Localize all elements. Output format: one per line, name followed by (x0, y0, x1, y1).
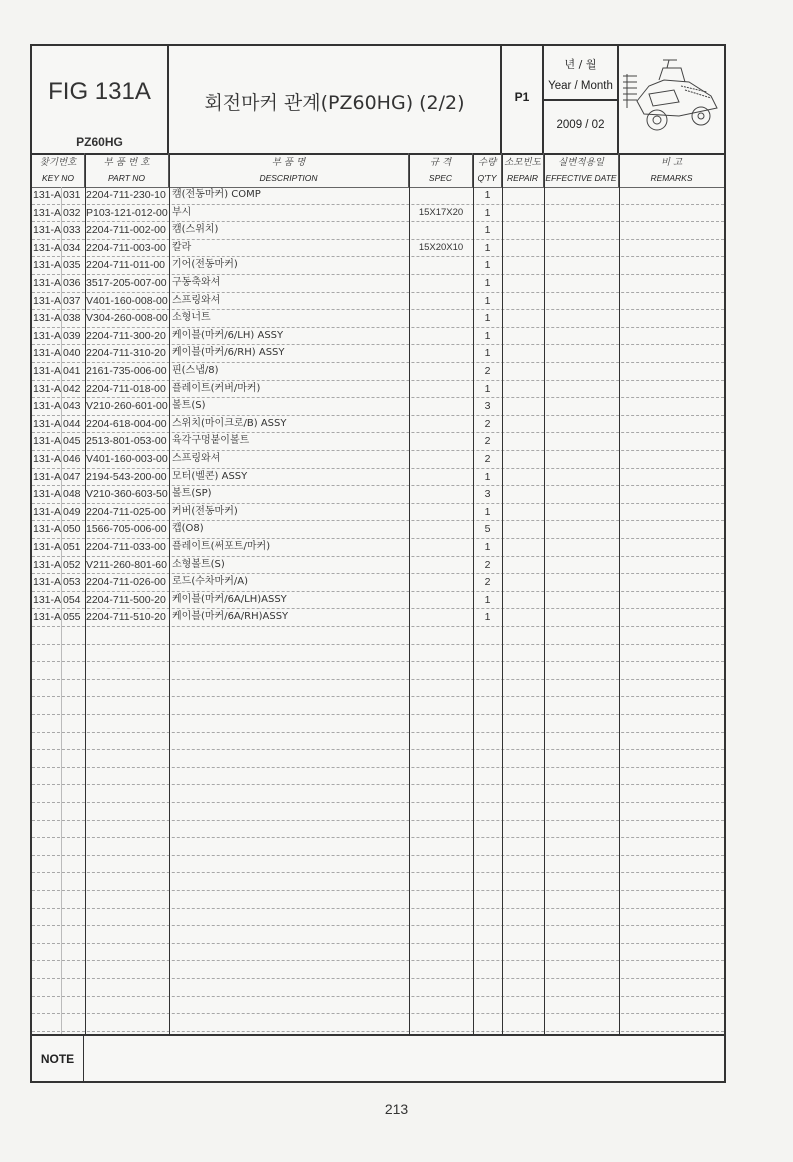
col-header-remarks: 비 고REMARKS (619, 153, 724, 187)
key-no-cell: 053 (63, 574, 85, 591)
spec-cell (409, 222, 473, 239)
part-no-cell: 2204-711-310-20 (86, 345, 168, 362)
quantity-cell: 1 (473, 539, 502, 556)
key-no-prefix-cell: 131-A (33, 539, 61, 556)
spec-cell (409, 398, 473, 415)
description-cell: 스프링와셔 (172, 451, 410, 468)
quantity-cell: 5 (473, 521, 502, 538)
table-row: 131-A048V210-360-603-50볼트(SP)3 (32, 486, 724, 504)
description-cell: 캠(스위치) (172, 222, 410, 239)
description-cell: 볼트(S) (172, 398, 410, 415)
quantity-cell: 1 (473, 328, 502, 345)
key-no-prefix-cell: 131-A (33, 398, 61, 415)
table-row (32, 750, 724, 768)
table-row: 131-A0492204-711-025-00커버(전동마커)1 (32, 504, 724, 522)
description-cell: 육각구멍붙이볼트 (172, 433, 410, 450)
quantity-cell: 2 (473, 451, 502, 468)
key-no-prefix-cell: 131-A (33, 240, 61, 257)
table-row: 131-A046V401-160-003-00스프링와셔2 (32, 451, 724, 469)
table-row (32, 926, 724, 944)
description-cell: 모터(벨콘) ASSY (172, 469, 410, 486)
description-cell: 칼라 (172, 240, 410, 257)
column-divider (502, 153, 503, 1036)
quantity-cell: 1 (473, 257, 502, 274)
table-row: 131-A032P103-121-012-00부시15X17X201 (32, 205, 724, 223)
part-no-cell: 2204-618-004-00 (86, 416, 168, 433)
key-no-prefix-cell: 131-A (33, 257, 61, 274)
key-no-prefix-cell: 131-A (33, 609, 61, 626)
key-no-cell: 050 (63, 521, 85, 538)
table-row: 131-A0422204-711-018-00플레이트(커버/마커)1 (32, 381, 724, 399)
description-cell: 소형볼트(S) (172, 557, 410, 574)
col-header-repair: 소모빈도REPAIR (502, 153, 544, 187)
table-row: 131-A0512204-711-033-00플레이트(써포트/마커)1 (32, 539, 724, 557)
spec-cell (409, 504, 473, 521)
description-cell: 소형너트 (172, 310, 410, 327)
spec-cell (409, 345, 473, 362)
table-row (32, 909, 724, 927)
key-no-prefix-cell: 131-A (33, 293, 61, 310)
spec-cell (409, 416, 473, 433)
table-row: 131-A0412161-735-006-00핀(스냅/8)2 (32, 363, 724, 381)
quantity-cell: 1 (473, 504, 502, 521)
quantity-cell: 2 (473, 416, 502, 433)
table-row (32, 856, 724, 874)
year-month-label-en: Year / Month (544, 80, 617, 92)
key-no-prefix-cell: 131-A (33, 275, 61, 292)
table-row (32, 944, 724, 962)
key-no-prefix-cell: 131-A (33, 433, 61, 450)
table-row: 131-A0532204-711-026-00로드(수차마커/A)2 (32, 574, 724, 592)
part-no-cell: 2204-711-025-00 (86, 504, 168, 521)
quantity-cell: 1 (473, 381, 502, 398)
key-no-prefix-cell: 131-A (33, 574, 61, 591)
quantity-cell: 3 (473, 398, 502, 415)
spec-cell (409, 557, 473, 574)
part-no-cell: 2204-711-002-00 (86, 222, 168, 239)
key-no-cell: 031 (63, 187, 85, 204)
description-cell: 부시 (172, 205, 410, 222)
table-row: 131-A0342204-711-003-00칼라15X20X101 (32, 240, 724, 258)
col-header-description: 부 품 명DESCRIPTION (169, 153, 409, 187)
table-row (32, 1014, 724, 1032)
part-no-cell: 2204-711-003-00 (86, 240, 168, 257)
part-no-cell: 2194-543-200-00 (86, 469, 168, 486)
column-divider (619, 153, 620, 1036)
table-row: 131-A0472194-543-200-00모터(벨콘) ASSY1 (32, 469, 724, 487)
spec-cell (409, 609, 473, 626)
quantity-cell: 1 (473, 275, 502, 292)
spec-cell: 15X17X20 (409, 205, 473, 222)
part-no-cell: 2204-711-026-00 (86, 574, 168, 591)
key-subdivider (61, 187, 62, 1034)
quantity-cell: 1 (473, 310, 502, 327)
spec-cell: 15X20X10 (409, 240, 473, 257)
key-no-cell: 041 (63, 363, 85, 380)
spec-cell (409, 328, 473, 345)
part-no-cell: 1566-705-006-00 (86, 521, 168, 538)
spec-cell (409, 521, 473, 538)
description-cell: 볼트(SP) (172, 486, 410, 503)
part-no-cell: V401-160-003-00 (86, 451, 168, 468)
key-no-cell: 032 (63, 205, 85, 222)
key-no-cell: 034 (63, 240, 85, 257)
key-no-prefix-cell: 131-A (33, 469, 61, 486)
note-label: NOTE (32, 1036, 84, 1083)
table-row (32, 821, 724, 839)
spec-cell (409, 486, 473, 503)
key-no-prefix-cell: 131-A (33, 557, 61, 574)
description-cell: 케이블(마커/6A/LH)ASSY (172, 592, 410, 609)
quantity-cell: 2 (473, 557, 502, 574)
key-no-prefix-cell: 131-A (33, 363, 61, 380)
quantity-cell: 1 (473, 240, 502, 257)
column-divider (85, 153, 86, 1036)
table-row (32, 873, 724, 891)
key-no-cell: 045 (63, 433, 85, 450)
key-no-cell: 037 (63, 293, 85, 310)
table-row: 131-A0552204-711-510-20케이블(마커/6A/RH)ASSY… (32, 609, 724, 627)
description-cell: 스위치(마이크로/B) ASSY (172, 416, 410, 433)
spec-cell (409, 363, 473, 380)
key-no-cell: 055 (63, 609, 85, 626)
quantity-cell: 2 (473, 363, 502, 380)
col-header-spec: 규 격SPEC (409, 153, 473, 187)
spec-cell (409, 539, 473, 556)
key-no-cell: 035 (63, 257, 85, 274)
table-row (32, 733, 724, 751)
key-no-cell: 042 (63, 381, 85, 398)
spec-cell (409, 187, 473, 204)
key-no-prefix-cell: 131-A (33, 504, 61, 521)
quantity-cell: 2 (473, 433, 502, 450)
table-row: 131-A0363517-205-007-00구동축와셔1 (32, 275, 724, 293)
key-no-cell: 038 (63, 310, 85, 327)
col-header-part-no: 부 품 번 호PART NO (85, 153, 169, 187)
description-cell: 케이블(마커/6/RH) ASSY (172, 345, 410, 362)
table-row (32, 785, 724, 803)
quantity-cell: 1 (473, 293, 502, 310)
key-no-prefix-cell: 131-A (33, 328, 61, 345)
year-month-cell: 년 / 월 Year / Month 2009 / 02 (544, 46, 619, 153)
key-no-cell: 036 (63, 275, 85, 292)
description-cell: 커버(전동마커) (172, 504, 410, 521)
description-cell: 핀(스냅/8) (172, 363, 410, 380)
description-cell: 플레이트(써포트/마커) (172, 539, 410, 556)
parts-list-sheet: FIG 131A PZ60HG 회전마커 관계(PZ60HG) (2/2) P1… (30, 44, 726, 1083)
table-row (32, 697, 724, 715)
table-row: 131-A0392204-711-300-20케이블(마커/6/LH) ASSY… (32, 328, 724, 346)
spec-cell (409, 451, 473, 468)
quantity-cell: 1 (473, 592, 502, 609)
part-no-cell: P103-121-012-00 (86, 205, 168, 222)
key-no-cell: 040 (63, 345, 85, 362)
quantity-cell: 1 (473, 469, 502, 486)
machine-illustration (619, 46, 724, 153)
table-row (32, 997, 724, 1015)
part-no-cell: V211-260-801-60 (86, 557, 168, 574)
key-no-cell: 049 (63, 504, 85, 521)
description-cell: 구동축와셔 (172, 275, 410, 292)
table-row (32, 627, 724, 645)
page-number: 213 (0, 1101, 793, 1117)
title-cell: 회전마커 관계(PZ60HG) (2/2) (169, 46, 502, 153)
key-no-cell: 051 (63, 539, 85, 556)
description-cell: 기어(전동마커) (172, 257, 410, 274)
table-row: 131-A0501566-705-006-00캡(O8)5 (32, 521, 724, 539)
part-no-cell: 2204-711-500-20 (86, 592, 168, 609)
table-row (32, 891, 724, 909)
table-row: 131-A0352204-711-011-00기어(전동마커)1 (32, 257, 724, 275)
key-no-prefix-cell: 131-A (33, 205, 61, 222)
key-no-prefix-cell: 131-A (33, 416, 61, 433)
quantity-cell: 1 (473, 222, 502, 239)
column-divider (473, 153, 474, 1036)
table-row: 131-A0332204-711-002-00캠(스위치)1 (32, 222, 724, 240)
table-row: 131-A037V401-160-008-00스프링와셔1 (32, 293, 724, 311)
key-no-prefix-cell: 131-A (33, 381, 61, 398)
table-row: 131-A0312204-711-230-10캠(전동마커) COMP1 (32, 187, 724, 205)
key-no-prefix-cell: 131-A (33, 187, 61, 204)
quantity-cell: 1 (473, 187, 502, 204)
part-no-cell: 2204-711-033-00 (86, 539, 168, 556)
page-title: 회전마커 관계(PZ60HG) (2/2) (169, 88, 500, 115)
part-no-cell: 2513-801-053-00 (86, 433, 168, 450)
key-no-cell: 044 (63, 416, 85, 433)
quantity-cell: 1 (473, 345, 502, 362)
table-row (32, 680, 724, 698)
description-cell: 로드(수차마커/A) (172, 574, 410, 591)
table-row (32, 768, 724, 786)
description-cell: 케이블(마커/6A/RH)ASSY (172, 609, 410, 626)
key-no-prefix-cell: 131-A (33, 310, 61, 327)
sheet-header: FIG 131A PZ60HG 회전마커 관계(PZ60HG) (2/2) P1… (32, 46, 724, 155)
table-row: 131-A0442204-618-004-00스위치(마이크로/B) ASSY2 (32, 416, 724, 434)
key-no-cell: 033 (63, 222, 85, 239)
spec-cell (409, 275, 473, 292)
spec-cell (409, 293, 473, 310)
description-cell: 케이블(마커/6/LH) ASSY (172, 328, 410, 345)
key-no-cell: 039 (63, 328, 85, 345)
description-cell: 캡(O8) (172, 521, 410, 538)
quantity-cell: 2 (473, 574, 502, 591)
key-no-cell: 052 (63, 557, 85, 574)
key-no-cell: 054 (63, 592, 85, 609)
table-row (32, 838, 724, 856)
table-row: 131-A0452513-801-053-00육각구멍붙이볼트2 (32, 433, 724, 451)
description-cell: 스프링와셔 (172, 293, 410, 310)
spec-cell (409, 592, 473, 609)
part-no-cell: 2161-735-006-00 (86, 363, 168, 380)
figure-cell: FIG 131A PZ60HG (32, 46, 169, 153)
table-row (32, 803, 724, 821)
table-row: 131-A043V210-260-601-00볼트(S)3 (32, 398, 724, 416)
key-no-prefix-cell: 131-A (33, 222, 61, 239)
part-no-cell: 3517-205-007-00 (86, 275, 168, 292)
note-section: NOTE (32, 1034, 724, 1083)
description-cell: 플레이트(커버/마커) (172, 381, 410, 398)
part-no-cell: V304-260-008-00 (86, 310, 168, 327)
spec-cell (409, 381, 473, 398)
table-row: 131-A052V211-260-801-60소형볼트(S)2 (32, 557, 724, 575)
rice-transplanter-icon (619, 46, 724, 151)
table-row (32, 715, 724, 733)
description-cell: 캠(전동마커) COMP (172, 187, 410, 204)
year-month-value: 2009 / 02 (544, 119, 617, 131)
col-header-effective-date: 실변적용일EFFECTIVE DATE (544, 153, 619, 187)
part-no-cell: V401-160-008-00 (86, 293, 168, 310)
spec-cell (409, 469, 473, 486)
spec-cell (409, 574, 473, 591)
part-no-cell: 2204-711-300-20 (86, 328, 168, 345)
figure-number: FIG 131A (32, 78, 167, 106)
part-no-cell: 2204-711-018-00 (86, 381, 168, 398)
spec-cell (409, 257, 473, 274)
year-month-label-ko: 년 / 월 (544, 56, 617, 72)
table-row: 131-A0542204-711-500-20케이블(마커/6A/LH)ASSY… (32, 592, 724, 610)
part-no-cell: V210-260-601-00 (86, 398, 168, 415)
key-no-cell: 048 (63, 486, 85, 503)
column-divider (169, 153, 170, 1036)
col-header-key-no: 찾기번호KEY NO (32, 153, 85, 187)
table-row: 131-A038V304-260-008-00소형너트1 (32, 310, 724, 328)
part-no-cell: V210-360-603-50 (86, 486, 168, 503)
key-no-cell: 047 (63, 469, 85, 486)
spec-cell (409, 433, 473, 450)
page-code: P1 (502, 90, 542, 104)
key-no-prefix-cell: 131-A (33, 345, 61, 362)
column-header-row: 찾기번호KEY NO 부 품 번 호PART NO 부 품 명DESCRIPTI… (32, 153, 724, 188)
model-name: PZ60HG (32, 135, 167, 149)
page-code-cell: P1 (502, 46, 544, 153)
col-header-qty: 수량Q'TY (473, 153, 502, 187)
column-divider (544, 153, 545, 1036)
table-row (32, 961, 724, 979)
quantity-cell: 1 (473, 205, 502, 222)
key-no-prefix-cell: 131-A (33, 451, 61, 468)
spec-cell (409, 310, 473, 327)
key-no-prefix-cell: 131-A (33, 521, 61, 538)
part-no-cell: 2204-711-510-20 (86, 609, 168, 626)
key-no-cell: 046 (63, 451, 85, 468)
part-no-cell: 2204-711-011-00 (86, 257, 168, 274)
part-no-cell: 2204-711-230-10 (86, 187, 168, 204)
key-no-prefix-cell: 131-A (33, 592, 61, 609)
table-row: 131-A0402204-711-310-20케이블(마커/6/RH) ASSY… (32, 345, 724, 363)
column-divider (409, 153, 410, 1036)
quantity-cell: 1 (473, 609, 502, 626)
key-no-cell: 043 (63, 398, 85, 415)
table-row (32, 645, 724, 663)
table-row (32, 662, 724, 680)
quantity-cell: 3 (473, 486, 502, 503)
table-row (32, 979, 724, 997)
key-no-prefix-cell: 131-A (33, 486, 61, 503)
